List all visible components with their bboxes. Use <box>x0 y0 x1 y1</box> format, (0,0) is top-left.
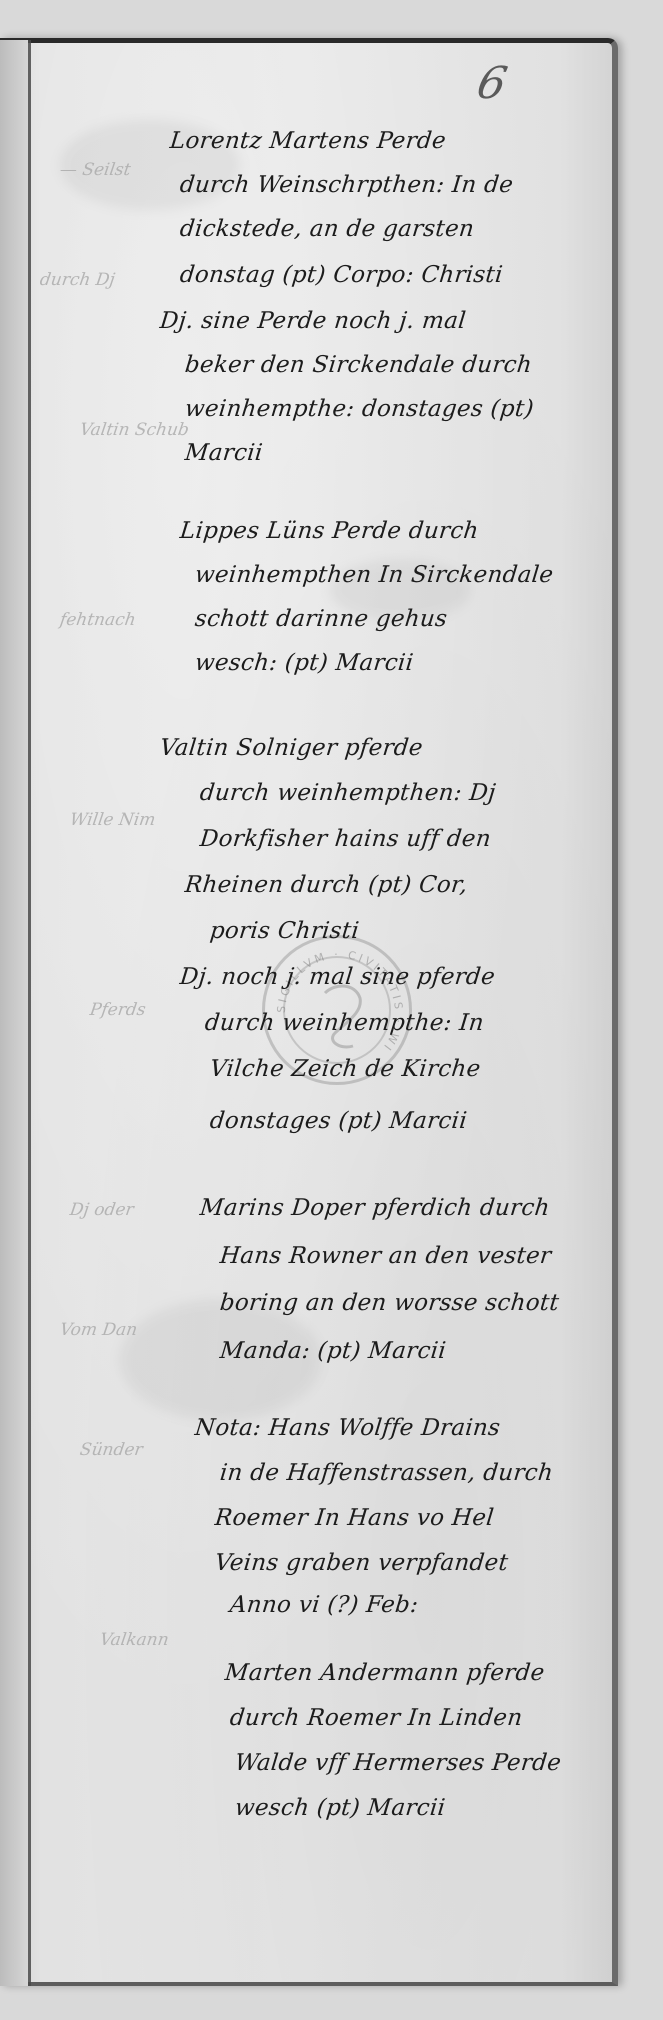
entry-line: Lippes Lüns Perde durch <box>179 518 480 544</box>
bleed-through-text: Wille Nim <box>69 810 157 830</box>
entry-line: donstag (pt) Corpo: Christi <box>179 262 504 288</box>
bleed-through-text: fehtnach <box>59 610 137 630</box>
entry-line: Dj. noch j. mal sine pferde <box>179 964 497 990</box>
entry-line: Lorentz Martens Perde <box>169 128 448 154</box>
entry-line: Rheinen durch (pt) Cor, <box>184 872 469 898</box>
bleed-through-text: Dj oder <box>69 1200 135 1220</box>
bleed-through-text: Pferds <box>89 1000 147 1020</box>
entry-line: Dj. sine Perde noch j. mal <box>159 308 468 334</box>
entry-line: wesch: (pt) Marcii <box>194 650 415 676</box>
bleed-through-text: — Seilst <box>59 160 132 180</box>
bleed-through-text: Vom Dan <box>59 1320 139 1340</box>
bleed-through-text: Valkann <box>99 1630 170 1650</box>
entry-line: schott darinne gehus <box>194 606 449 632</box>
entry-line: weinhempthen In Sirckendale <box>194 562 555 588</box>
entry-line: weinhempthe: donstages (pt) <box>184 396 535 422</box>
entry-line: Roemer In Hans vo Hel <box>214 1505 496 1531</box>
entry-line: wesch (pt) Marcii <box>234 1795 447 1821</box>
entry-line: Marins Doper pferdich durch <box>199 1195 551 1221</box>
manuscript-scan: 6 — Seilst durch Dj Valtin Schub fehtnac… <box>0 0 663 2020</box>
binding-spine <box>28 40 31 1986</box>
entry-line: dickstede, an de garsten <box>179 216 476 242</box>
entry-line: Vilche Zeich de Kirche <box>209 1056 482 1082</box>
binding-shadow <box>0 40 28 1986</box>
entry-line: Marten Andermann pferde <box>224 1660 546 1686</box>
entry-line: Veins graben verpfandet <box>214 1550 510 1576</box>
entry-line: Valtin Solniger pferde <box>159 735 425 761</box>
entry-line: Marcii <box>184 440 264 466</box>
entry-line: Walde vff Hermerses Perde <box>234 1750 563 1776</box>
bleed-through-text: Sünder <box>79 1440 144 1460</box>
entry-line: in de Haffenstrassen, durch <box>219 1460 555 1486</box>
entry-line: donstages (pt) Marcii <box>209 1108 469 1134</box>
entry-line: Nota: Hans Wolffe Drains <box>194 1415 502 1441</box>
bleed-through-text: durch Dj <box>39 270 117 290</box>
entry-line: Anno vi (?) Feb: <box>229 1592 420 1618</box>
entry-line: Hans Rowner an den vester <box>219 1243 553 1269</box>
entry-line: boring an den worsse schott <box>219 1290 561 1316</box>
entry-line: durch weinhempthen: Dj <box>199 780 497 806</box>
entry-line: beker den Sirckendale durch <box>184 352 534 378</box>
entry-line: poris Christi <box>209 918 361 944</box>
entry-line: durch Weinschrpthen: In de <box>179 172 515 198</box>
entry-line: durch Roemer In Linden <box>229 1705 524 1731</box>
bleed-through-text: Valtin Schub <box>79 420 191 440</box>
entry-line: Manda: (pt) Marcii <box>219 1338 448 1364</box>
entry-line: durch weinhempthe: In <box>204 1010 486 1036</box>
entry-line: Dorkfisher hains uff den <box>199 826 493 852</box>
